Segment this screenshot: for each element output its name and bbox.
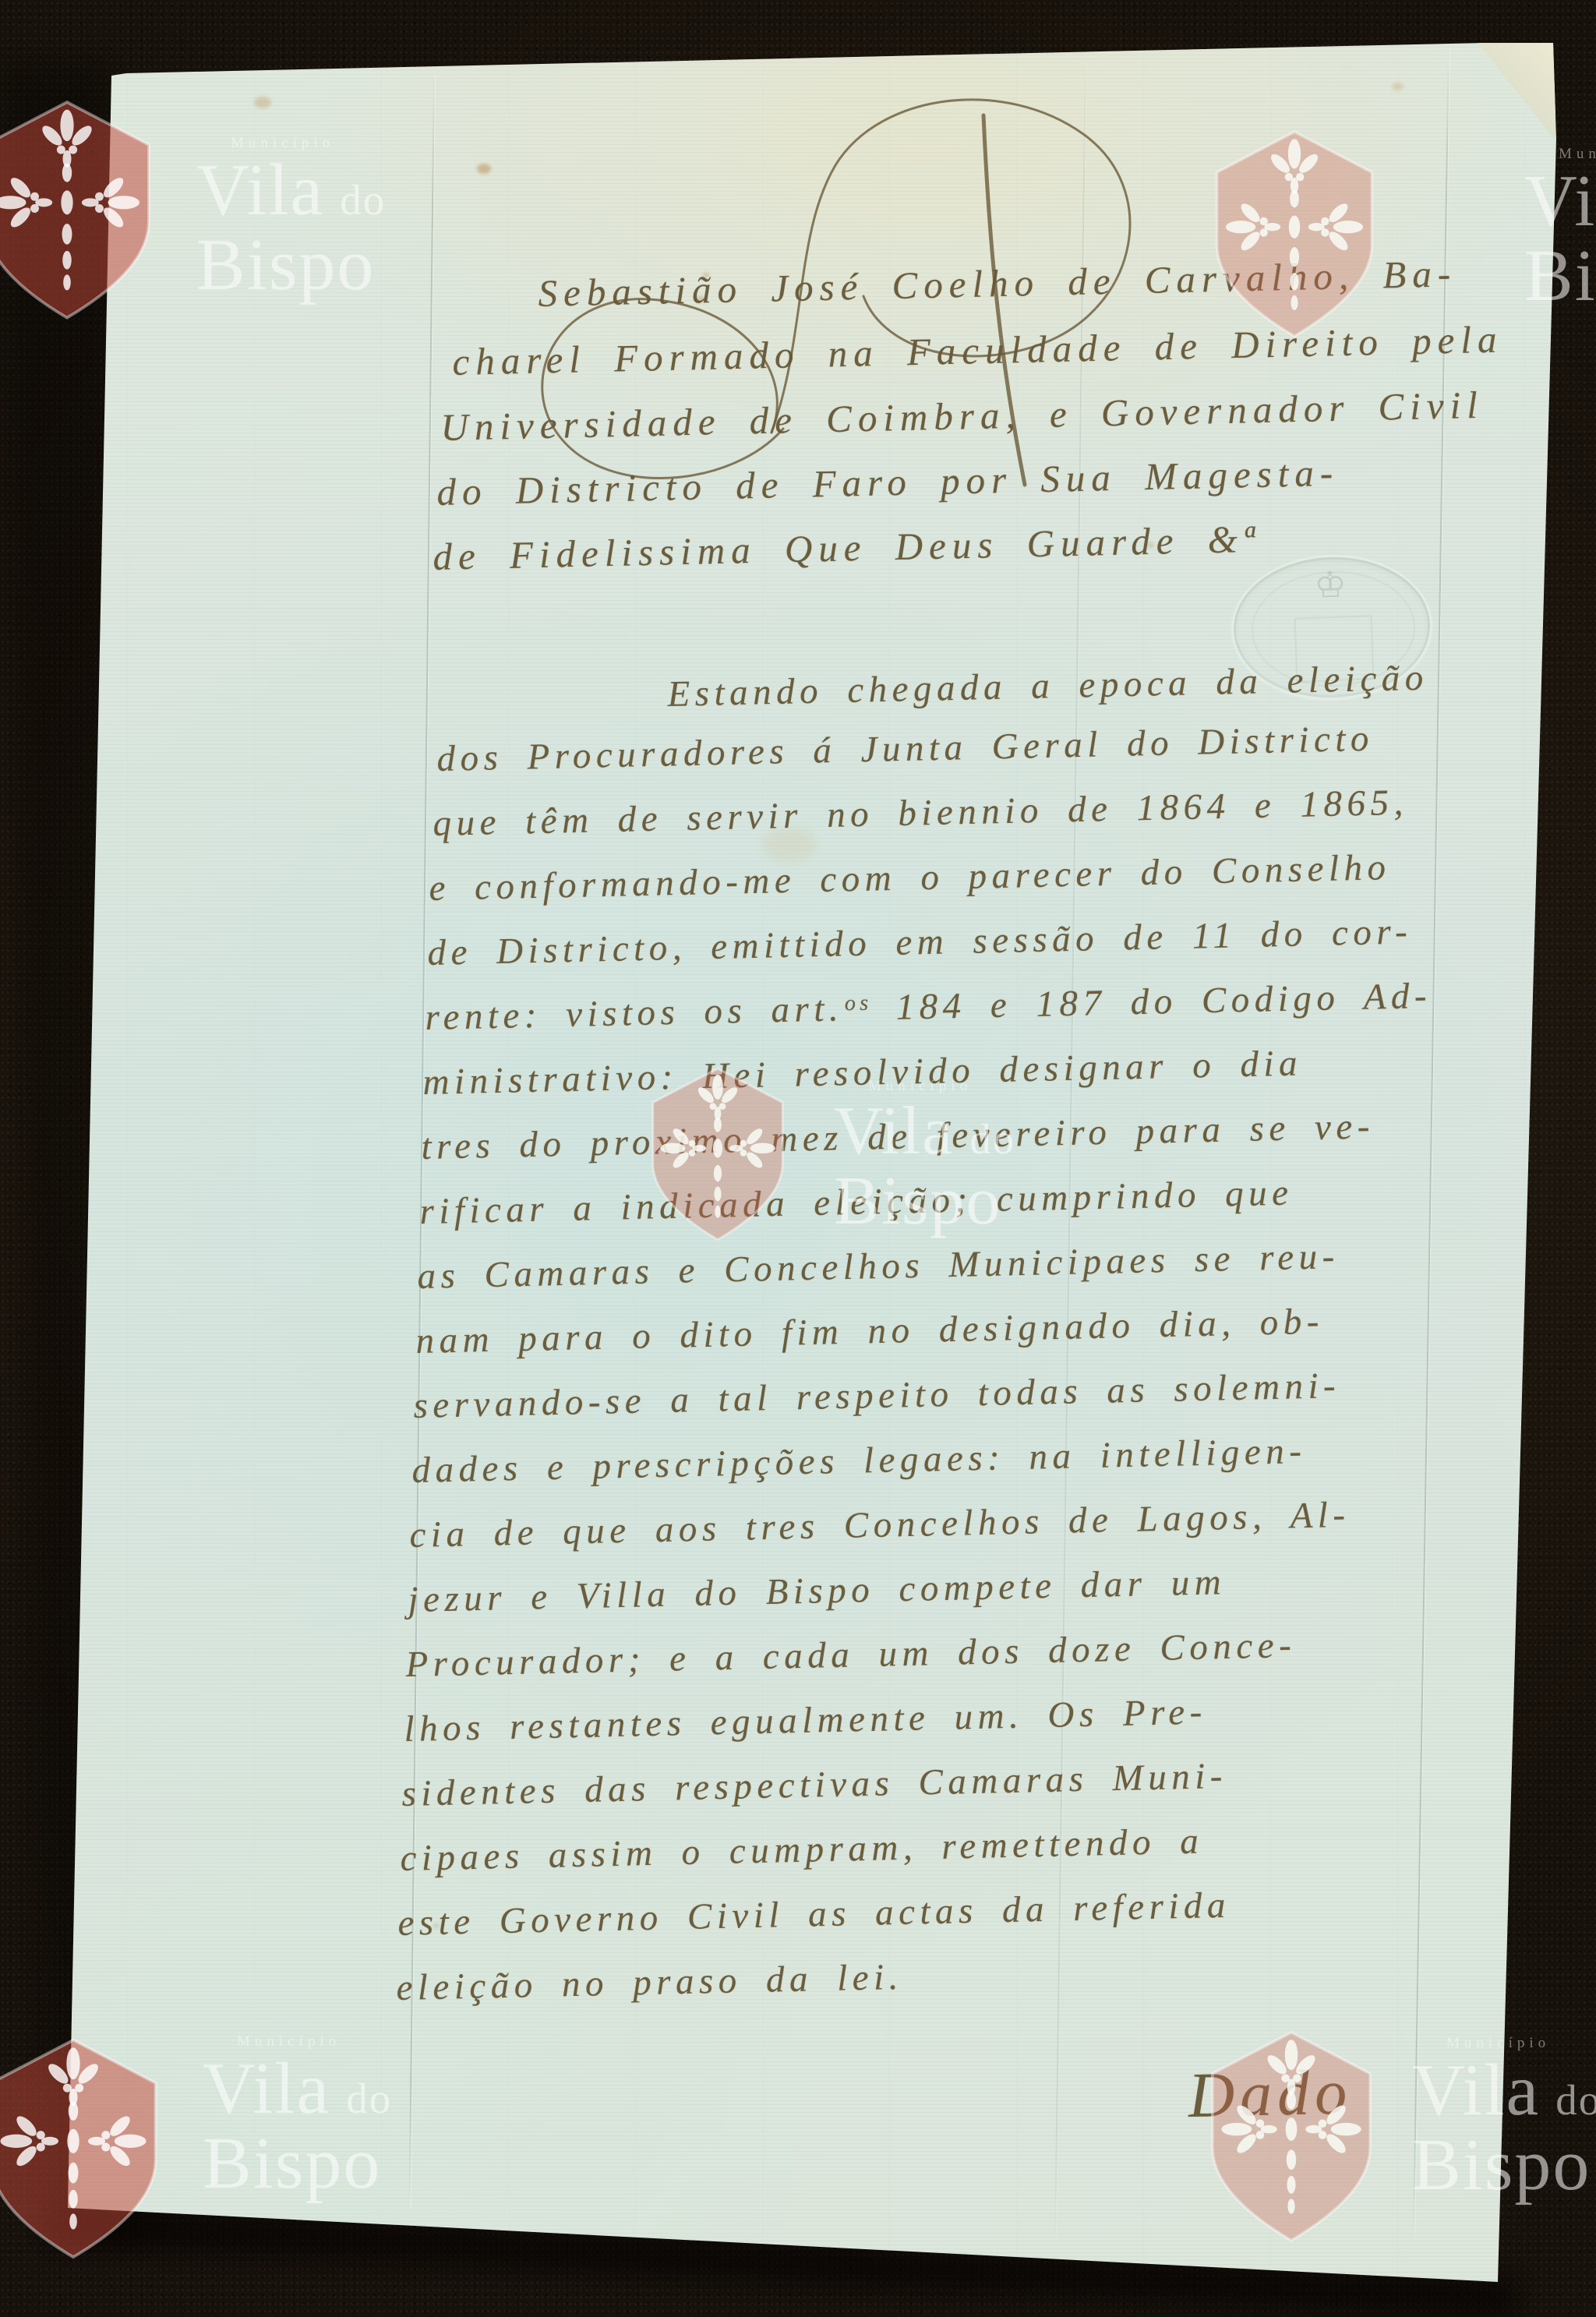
watermark-small-word: Município (1446, 2036, 1596, 2050)
manuscript-line: este Governo Civil as actas da referida (397, 1888, 1231, 1942)
watermark-word: Bispo (1524, 239, 1596, 314)
watermark-word: do (969, 1115, 1015, 1163)
manuscript-line: sidentes das respectivas Camaras Muni- (401, 1758, 1227, 1813)
manuscript-line: dades e prescripções legaes: na intellig… (411, 1433, 1307, 1489)
archive-scan: ♔ Sebastião José Coelho de Carvalho, Ba-… (0, 0, 1596, 2317)
manuscript-line: Procurador; e a cada um dos doze Conce- (405, 1627, 1297, 1683)
watermark-word: Vila (1524, 161, 1596, 242)
watermark-small-word: Município (231, 136, 386, 150)
manuscript-line: e conformando-me com o parecer do Consel… (429, 849, 1391, 907)
municipal-shield-icon (1206, 115, 1382, 349)
watermark-word: Bispo (834, 1167, 1015, 1237)
manuscript-line: de Districto, emittido em sessão de 11 d… (427, 913, 1413, 972)
manuscript-line: cipaes assim o cumpram, remettendo a (400, 1824, 1204, 1877)
manuscript-line: eleição no praso da lei. (396, 1959, 903, 2007)
watermark-small-word: Município (868, 1079, 1015, 1093)
watermark-text: Município Vilado Bispo (196, 136, 386, 303)
manuscript-line: dos Procuradores á Junta Geral do Distri… (436, 721, 1374, 778)
municipal-shield-icon (1202, 2009, 1381, 2260)
watermark-text: Município Vilado Bispo (203, 2034, 392, 2202)
manuscript-line: Estando chegada a epoca da eleição (667, 660, 1428, 713)
watermark-text: Município Vilado Bispo (1412, 2036, 1596, 2203)
watermark-word: Bispo (1412, 2128, 1596, 2203)
watermark-word: Vila (203, 2048, 330, 2129)
watermark-text: Município Vilado Bispo (1524, 147, 1596, 314)
manuscript-line: nam para o dito fim no designado dia, ob… (415, 1304, 1324, 1360)
manuscript-line: as Camaras e Concelhos Municipaes se reu… (417, 1238, 1340, 1295)
watermark-word: do (340, 176, 386, 224)
manuscript-line: rente: vistos os art.ᵒˢ 184 e 187 do Cod… (425, 978, 1432, 1037)
manuscript-line: lhos restantes egualmente um. Os Pre- (404, 1694, 1207, 1748)
watermark-word: Bispo (203, 2127, 392, 2202)
watermark-small-word: Município (1559, 147, 1596, 161)
manuscript-line: que têm de servir no biennio de 1864 e 1… (433, 785, 1408, 842)
municipal-shield-icon (636, 1057, 800, 1249)
manuscript-line: jezur e Villa do Bispo compete dar um (408, 1564, 1227, 1619)
watermark-word: do (1555, 2076, 1596, 2124)
watermark-word: do (346, 2075, 392, 2122)
manuscript-line: servando-se a tal respeito todas as sole… (413, 1368, 1341, 1425)
watermark-word: Vila (1412, 2050, 1540, 2131)
watermark-word: Vila (196, 150, 324, 231)
watermark-word: Vila (834, 1093, 954, 1169)
watermark-text: Município Vilado Bispo (834, 1079, 1015, 1237)
manuscript-line: cia de que aos tres Concelhos de Lagos, … (409, 1497, 1351, 1554)
municipal-shield-icon (0, 2020, 167, 2273)
watermark-word: Bispo (196, 228, 386, 303)
watermark-small-word: Município (237, 2034, 392, 2049)
municipal-shield-icon (0, 87, 161, 329)
